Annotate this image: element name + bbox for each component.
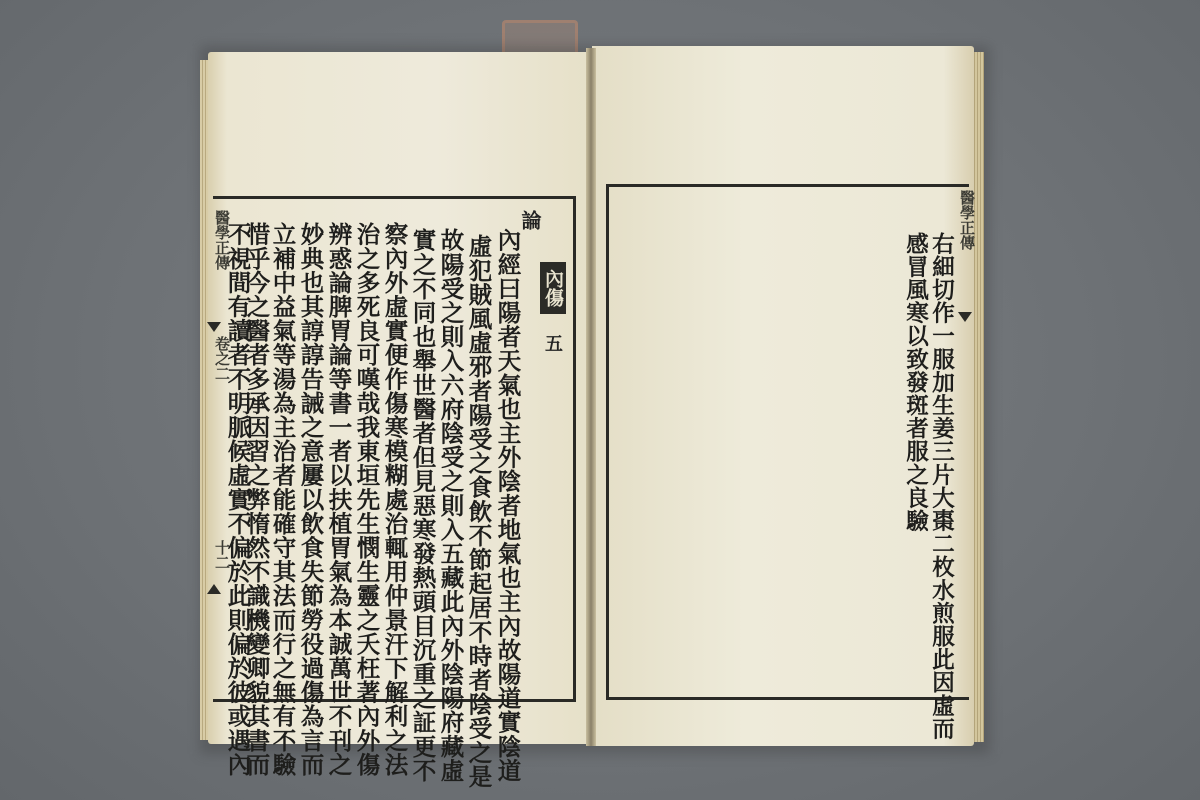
text-column-5: 察內外虛實便作傷寒模糊處治輒用仲景汗下解利之法 bbox=[382, 222, 406, 776]
right-margin-title: 醫學正傳 bbox=[957, 190, 978, 250]
chapter-label-block: 內傷 bbox=[540, 262, 566, 314]
book-gutter bbox=[586, 48, 596, 746]
text-column-8: 妙典也其諄諄告誡之意屢以飲食失節勞役過傷為言而 bbox=[298, 222, 322, 776]
text-column-2: 虛犯賊風虛邪者陽受之食飲不節起居不時者陰受之是 bbox=[466, 234, 490, 788]
recipe-column-2: 感冒風寒以致發斑者服之良驗 bbox=[904, 232, 927, 532]
text-column-3: 故陽受之則入六府陰受之則入五藏此內外陰陽府藏虛 bbox=[438, 228, 462, 782]
text-column-1: 內經曰陽者天氣也主外陰者地氣也主內故陽道實陰道 bbox=[495, 228, 519, 782]
fishtail-mark-lower bbox=[207, 584, 221, 594]
fishtail-mark-right bbox=[958, 312, 972, 322]
text-column-11: 不視間有讀者不明脈候虛實不偏於此則偏於彼或遇內 bbox=[225, 222, 249, 776]
text-column-6: 治之多死良可嘆哉我東垣先生憫生靈之夭枉著內外傷 bbox=[354, 222, 378, 776]
page-number: 五 bbox=[545, 330, 563, 356]
text-column-4: 實之不同也舉世醫者但見惡寒發熱頭目沉重之証更不 bbox=[410, 228, 434, 782]
text-column-9: 立補中益氣等湯為主治者能確守其法而行之無有不驗 bbox=[270, 222, 294, 776]
fishtail-mark-upper bbox=[207, 322, 221, 332]
section-heading: 論 bbox=[516, 210, 545, 230]
text-column-7: 辨惑論脾胃論等書一者以扶植胃氣為本誠萬世不刊之 bbox=[326, 222, 350, 776]
recipe-column-1: 右細切作一服加生姜三片大棗二枚水煎服此因虛而 bbox=[930, 232, 953, 740]
